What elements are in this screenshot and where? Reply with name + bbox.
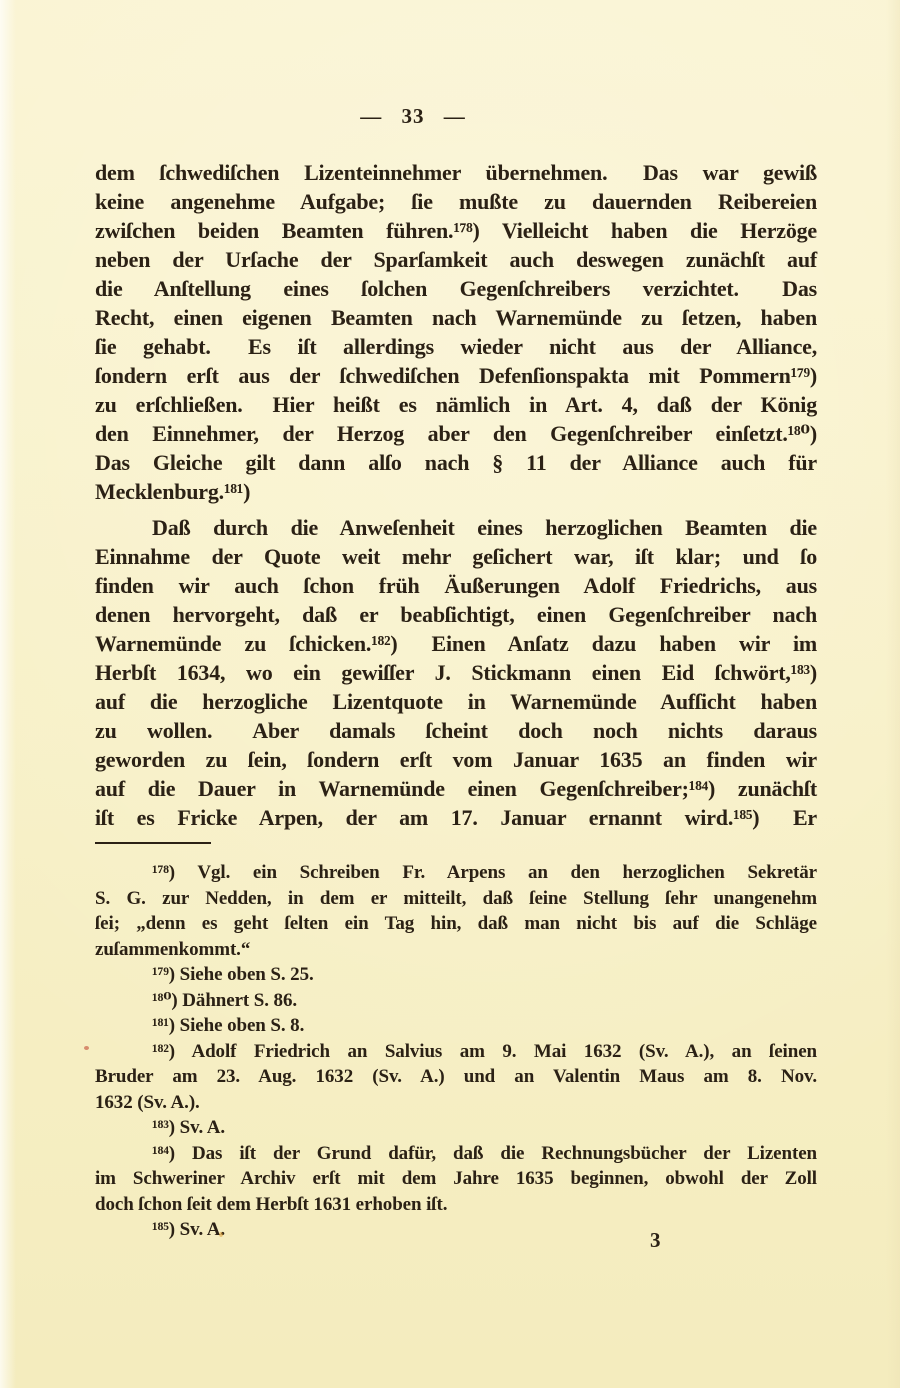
- body-line: ſie gehabt. Es iſt allerdings wieder nic…: [95, 332, 817, 361]
- body-line: keine angenehme Aufgabe; ſie mußte zu da…: [95, 187, 817, 216]
- footnote-line: ¹⁸⁴) Das iſt der Grund dafür, daß die Re…: [95, 1141, 817, 1167]
- body-line: Recht, einen eigenen Beamten nach Warnem…: [95, 303, 817, 332]
- footnote-line: ¹⁸⁵) Sv. A.: [95, 1217, 817, 1243]
- body-line: auf die Dauer in Warnemünde einen Gegenſ…: [95, 774, 817, 803]
- body-line: ſondern erſt aus der ſchwediſchen Defenſ…: [95, 361, 817, 390]
- footnote-line: zuſammenkommt.“: [95, 937, 817, 963]
- body-line: Mecklenburg.¹⁸¹): [95, 477, 817, 506]
- body-line: finden wir auch ſchon früh Äußerungen Ad…: [95, 571, 817, 600]
- body-line: denen hervorgeht, daß er beabſichtigt, e…: [95, 600, 817, 629]
- body-line: zwiſchen beiden Beamten führen.¹⁷⁸) Viel…: [95, 216, 817, 245]
- body-line: die Anſtellung eines ſolchen Gegenſchrei…: [95, 274, 817, 303]
- signature-mark: 3: [650, 1228, 661, 1253]
- page-number-heading: — 33 —: [293, 104, 533, 129]
- footnotes-block: ¹⁷⁸) Vgl. ein Schreiben Fr. Arpens an de…: [95, 860, 817, 1243]
- body-line: Einnahme der Quote weit mehr geſichert w…: [95, 542, 817, 571]
- body-line: Warnemünde zu ſchicken.¹⁸²) Einen Anſatz…: [95, 629, 817, 658]
- body-paragraph-2: Daß durch die Anweſenheit eines herzogli…: [95, 513, 817, 832]
- scan-speck: [538, 289, 541, 292]
- body-line: Herbſt 1634, wo ein gewiſſer J. Stickman…: [95, 658, 817, 687]
- body-line: zu erſchließen. Hier heißt es nämlich in…: [95, 390, 817, 419]
- body-line: auf die herzogliche Lizentquote in Warne…: [95, 687, 817, 716]
- body-line: Das Gleiche gilt dann alſo nach § 11 der…: [95, 448, 817, 477]
- footnote-line: ¹⁸⁰) Dähnert S. 86.: [95, 988, 817, 1014]
- footnote-line: Bruder am 23. Aug. 1632 (Sv. A.) und an …: [95, 1064, 817, 1090]
- footnote-line: ¹⁷⁸) Vgl. ein Schreiben Fr. Arpens an de…: [95, 860, 817, 886]
- footnote-line: 1632 (Sv. A.).: [95, 1090, 817, 1116]
- footnote-separator-rule: [95, 842, 211, 844]
- footnote-line: ¹⁸³) Sv. A.: [95, 1115, 817, 1141]
- body-paragraph-1: dem ſchwediſchen Lizenteinnehmer überneh…: [95, 158, 817, 506]
- footnote-line: ſei; „denn es geht ſelten ein Tag hin, d…: [95, 911, 817, 937]
- scanned-book-page: — 33 — dem ſchwediſchen Lizenteinnehmer …: [0, 0, 900, 1388]
- scan-speck: [219, 1232, 223, 1237]
- body-line: den Einnehmer, der Herzog aber den Gegen…: [95, 419, 817, 448]
- body-line: Daß durch die Anweſenheit eines herzogli…: [95, 513, 817, 542]
- body-line: geworden zu ſein, ſondern erſt vom Janua…: [95, 745, 817, 774]
- footnote-line: im Schweriner Archiv erſt mit dem Jahre …: [95, 1166, 817, 1192]
- footnote-line: ¹⁸²) Adolf Friedrich an Salvius am 9. Ma…: [95, 1039, 817, 1065]
- footnote-line: doch ſchon ſeit dem Herbſt 1631 erhoben …: [95, 1192, 817, 1218]
- footnote-line: ¹⁸¹) Siehe oben S. 8.: [95, 1013, 817, 1039]
- body-line: zu wollen. Aber damals ſcheint doch noch…: [95, 716, 817, 745]
- footnote-line: ¹⁷⁹) Siehe oben S. 25.: [95, 962, 817, 988]
- body-line: dem ſchwediſchen Lizenteinnehmer überneh…: [95, 158, 817, 187]
- body-line: iſt es Fricke Arpen, der am 17. Januar e…: [95, 803, 817, 832]
- scan-speck: [84, 1046, 89, 1050]
- footnote-line: S. G. zur Nedden, in dem er mitteilt, da…: [95, 886, 817, 912]
- body-line: neben der Urſache der Sparſamkeit auch d…: [95, 245, 817, 274]
